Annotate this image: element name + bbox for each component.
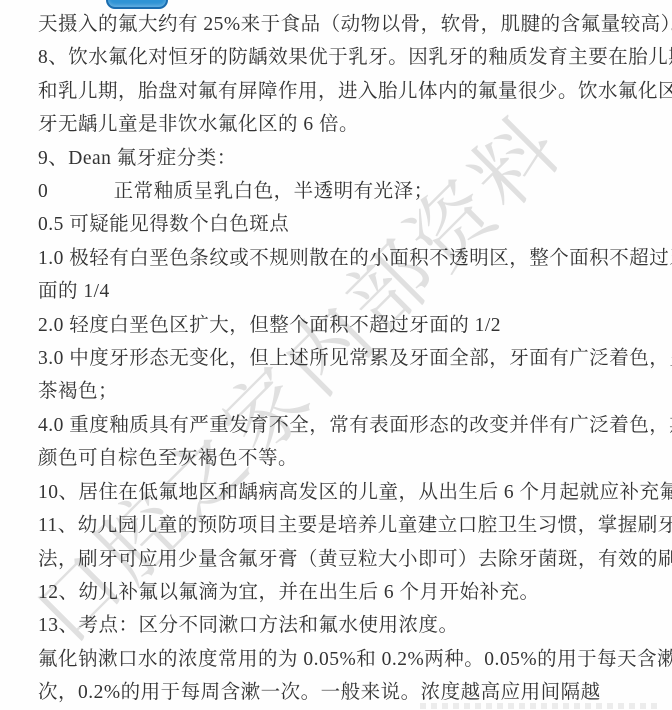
text-line: 11、幼儿园儿童的预防项目主要是培养儿童建立口腔卫生习惯，掌握刷牙方	[38, 509, 638, 542]
text-line: 0.5 可疑能见得数个白色斑点	[38, 208, 638, 241]
text-line: 氟化钠漱口水的浓度常用的为 0.05%和 0.2%两种。0.05%的用于每天含漱…	[38, 643, 638, 676]
document-page: 口腔之家内部资料 天摄入的氟大约有 25%来于食品（动物以骨，软骨，肌腱的含氟量…	[0, 0, 672, 710]
text-line: 3.0 中度牙形态无变化，但上述所见常累及牙面全部，牙面有广泛着色，呈	[38, 342, 638, 375]
text-line: 颜色可自棕色至灰褐色不等。	[38, 442, 638, 475]
text-line: 8、饮水氟化对恒牙的防龋效果优于乳牙。因乳牙的釉质发育主要在胎儿期	[38, 41, 638, 74]
text-line: 1.0 极轻有白垩色条纹或不规则散在的小面积不透明区，整个面积不超过牙	[38, 242, 638, 275]
text-line: 法，刷牙可应用少量含氟牙膏（黄豆粒大小即可）去除牙菌斑，有效的刷牙。	[38, 543, 638, 576]
text-line: 13、考点：区分不同漱口方法和氟水使用浓度。	[38, 609, 638, 642]
text-line: 10、居住在低氟地区和龋病高发区的儿童，从出生后 6 个月起就应补充氟。	[38, 476, 638, 509]
text-line: 2.0 轻度白垩色区扩大，但整个面积不超过牙面的 1/2	[38, 309, 638, 342]
text-line: 面的 1/4	[38, 275, 638, 308]
text-line: 4.0 重度釉质具有严重发育不全，常有表面形态的改变并伴有广泛着色，期	[38, 409, 638, 442]
text-line: 茶褐色；	[38, 375, 638, 408]
clipped-bottom-text-artifact	[420, 703, 660, 709]
text-line: 天摄入的氟大约有 25%来于食品（动物以骨，软骨，肌腱的含氟量较高）。	[38, 8, 638, 41]
text-line: 牙无龋儿童是非饮水氟化区的 6 倍。	[38, 108, 638, 141]
document-body: 天摄入的氟大约有 25%来于食品（动物以骨，软骨，肌腱的含氟量较高）。 8、饮水…	[38, 8, 638, 710]
text-line: 0 正常釉质呈乳白色，半透明有光泽；	[38, 175, 638, 208]
text-line: 12、幼儿补氟以氟滴为宜，并在出生后 6 个月开始补充。	[38, 576, 638, 609]
text-line: 和乳儿期，胎盘对氟有屏障作用，进入胎儿体内的氟量很少。饮水氟化区恒	[38, 75, 638, 108]
text-line: 9、Dean 氟牙症分类：	[38, 142, 638, 175]
